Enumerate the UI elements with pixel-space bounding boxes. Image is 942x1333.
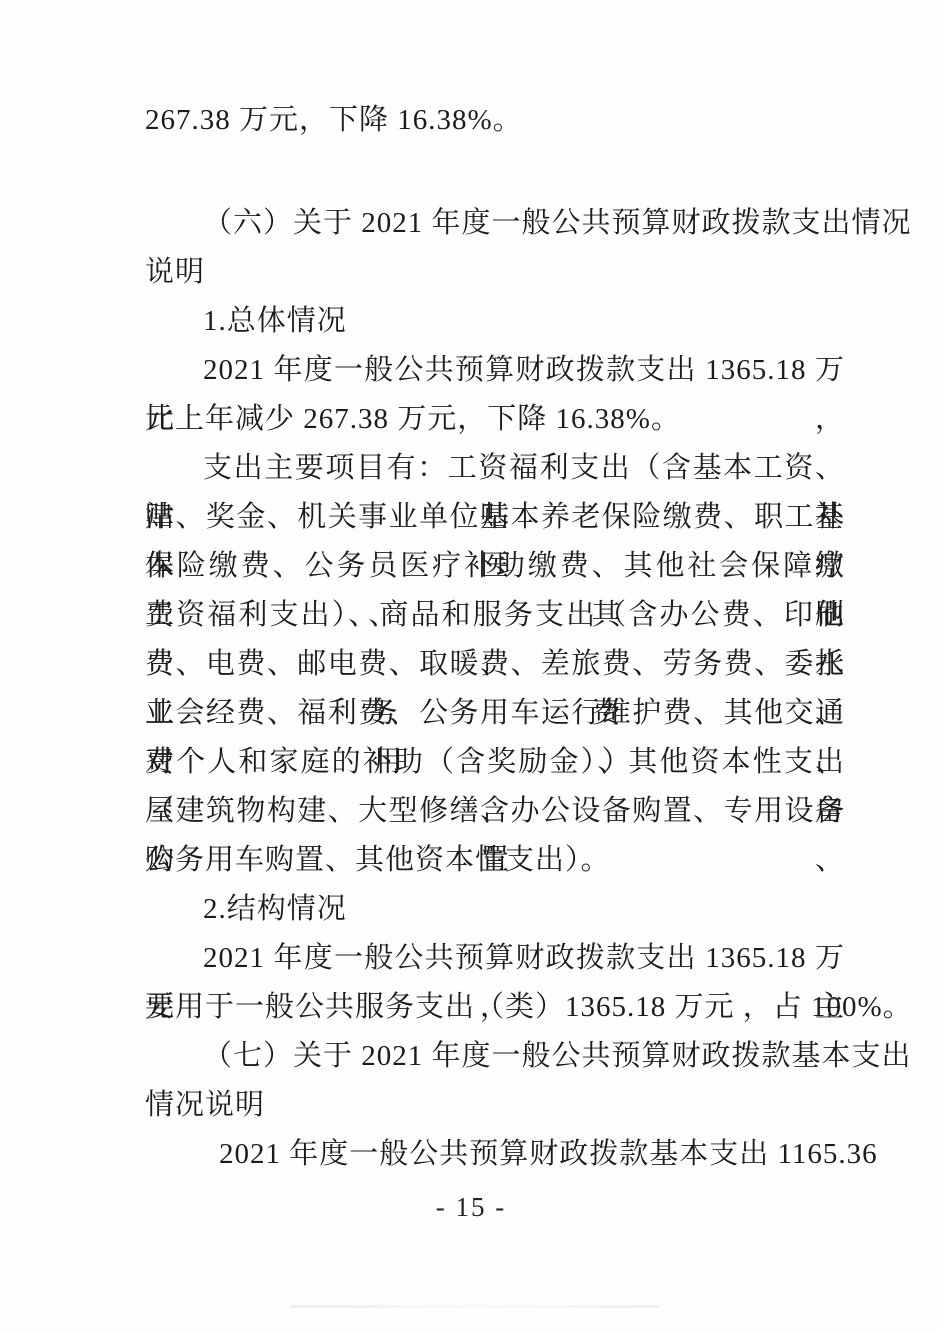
scan-noise-artifact — [290, 1305, 660, 1308]
text-line: 费、电费、邮电费、取暖费、差旅费、劳务费、委托业务费、 — [145, 640, 845, 689]
section-heading-6-cont: 说明 — [145, 248, 845, 297]
text-line: 屋建筑物构建、大型修缮、办公设备购置、专用设备购置、 — [145, 787, 845, 836]
section-heading-6: （六）关于 2021 年度一般公共预算财政拨款支出情况 — [145, 199, 845, 248]
text-line: 2021 年度一般公共预算财政拨款支出 1365.18 万元，主 — [145, 934, 845, 983]
page-number: - 15 - — [0, 1192, 942, 1223]
section-heading-7-cont: 情况说明 — [145, 1081, 845, 1130]
text-line: 保险缴费、公务员医疗补助缴费、其他社会保障缴费、其他 — [145, 542, 845, 591]
blank-line-spacer — [145, 145, 845, 199]
text-line: 267.38 万元，下降 16.38%。 — [145, 96, 845, 145]
text-line: 支出主要项目有：工资福利支出（含基本工资、津贴补 — [145, 444, 845, 493]
text-line: 2021 年度一般公共预算财政拨款支出 1365.18 万元， — [145, 346, 845, 395]
text-line: 对个人和家庭的补助（含奖励金）、其他资本性支出（含房 — [145, 738, 845, 787]
text-line: 要用于一般公共服务支出（类）1365.18 万元 ，占 100%。 — [145, 983, 845, 1032]
text-line: 贴、奖金、机关事业单位基本养老保险缴费、职工基本医疗 — [145, 493, 845, 542]
subheading-structure: 2.结构情况 — [145, 885, 845, 934]
text-line: 工资福利支出）、商品和服务支出（含办公费、印刷费、水 — [145, 591, 845, 640]
text-line: 2021 年度一般公共预算财政拨款基本支出 1165.36 — [145, 1130, 845, 1179]
document-page: 267.38 万元，下降 16.38%。 （六）关于 2021 年度一般公共预算… — [0, 0, 942, 1333]
subheading-overall: 1.总体情况 — [145, 297, 845, 346]
document-body: 267.38 万元，下降 16.38%。 （六）关于 2021 年度一般公共预算… — [145, 96, 845, 1179]
text-line: 工会经费、福利费、公务用车运行维护费、其他交通费用）、 — [145, 689, 845, 738]
section-heading-7: （七）关于 2021 年度一般公共预算财政拨款基本支出 — [145, 1032, 845, 1081]
